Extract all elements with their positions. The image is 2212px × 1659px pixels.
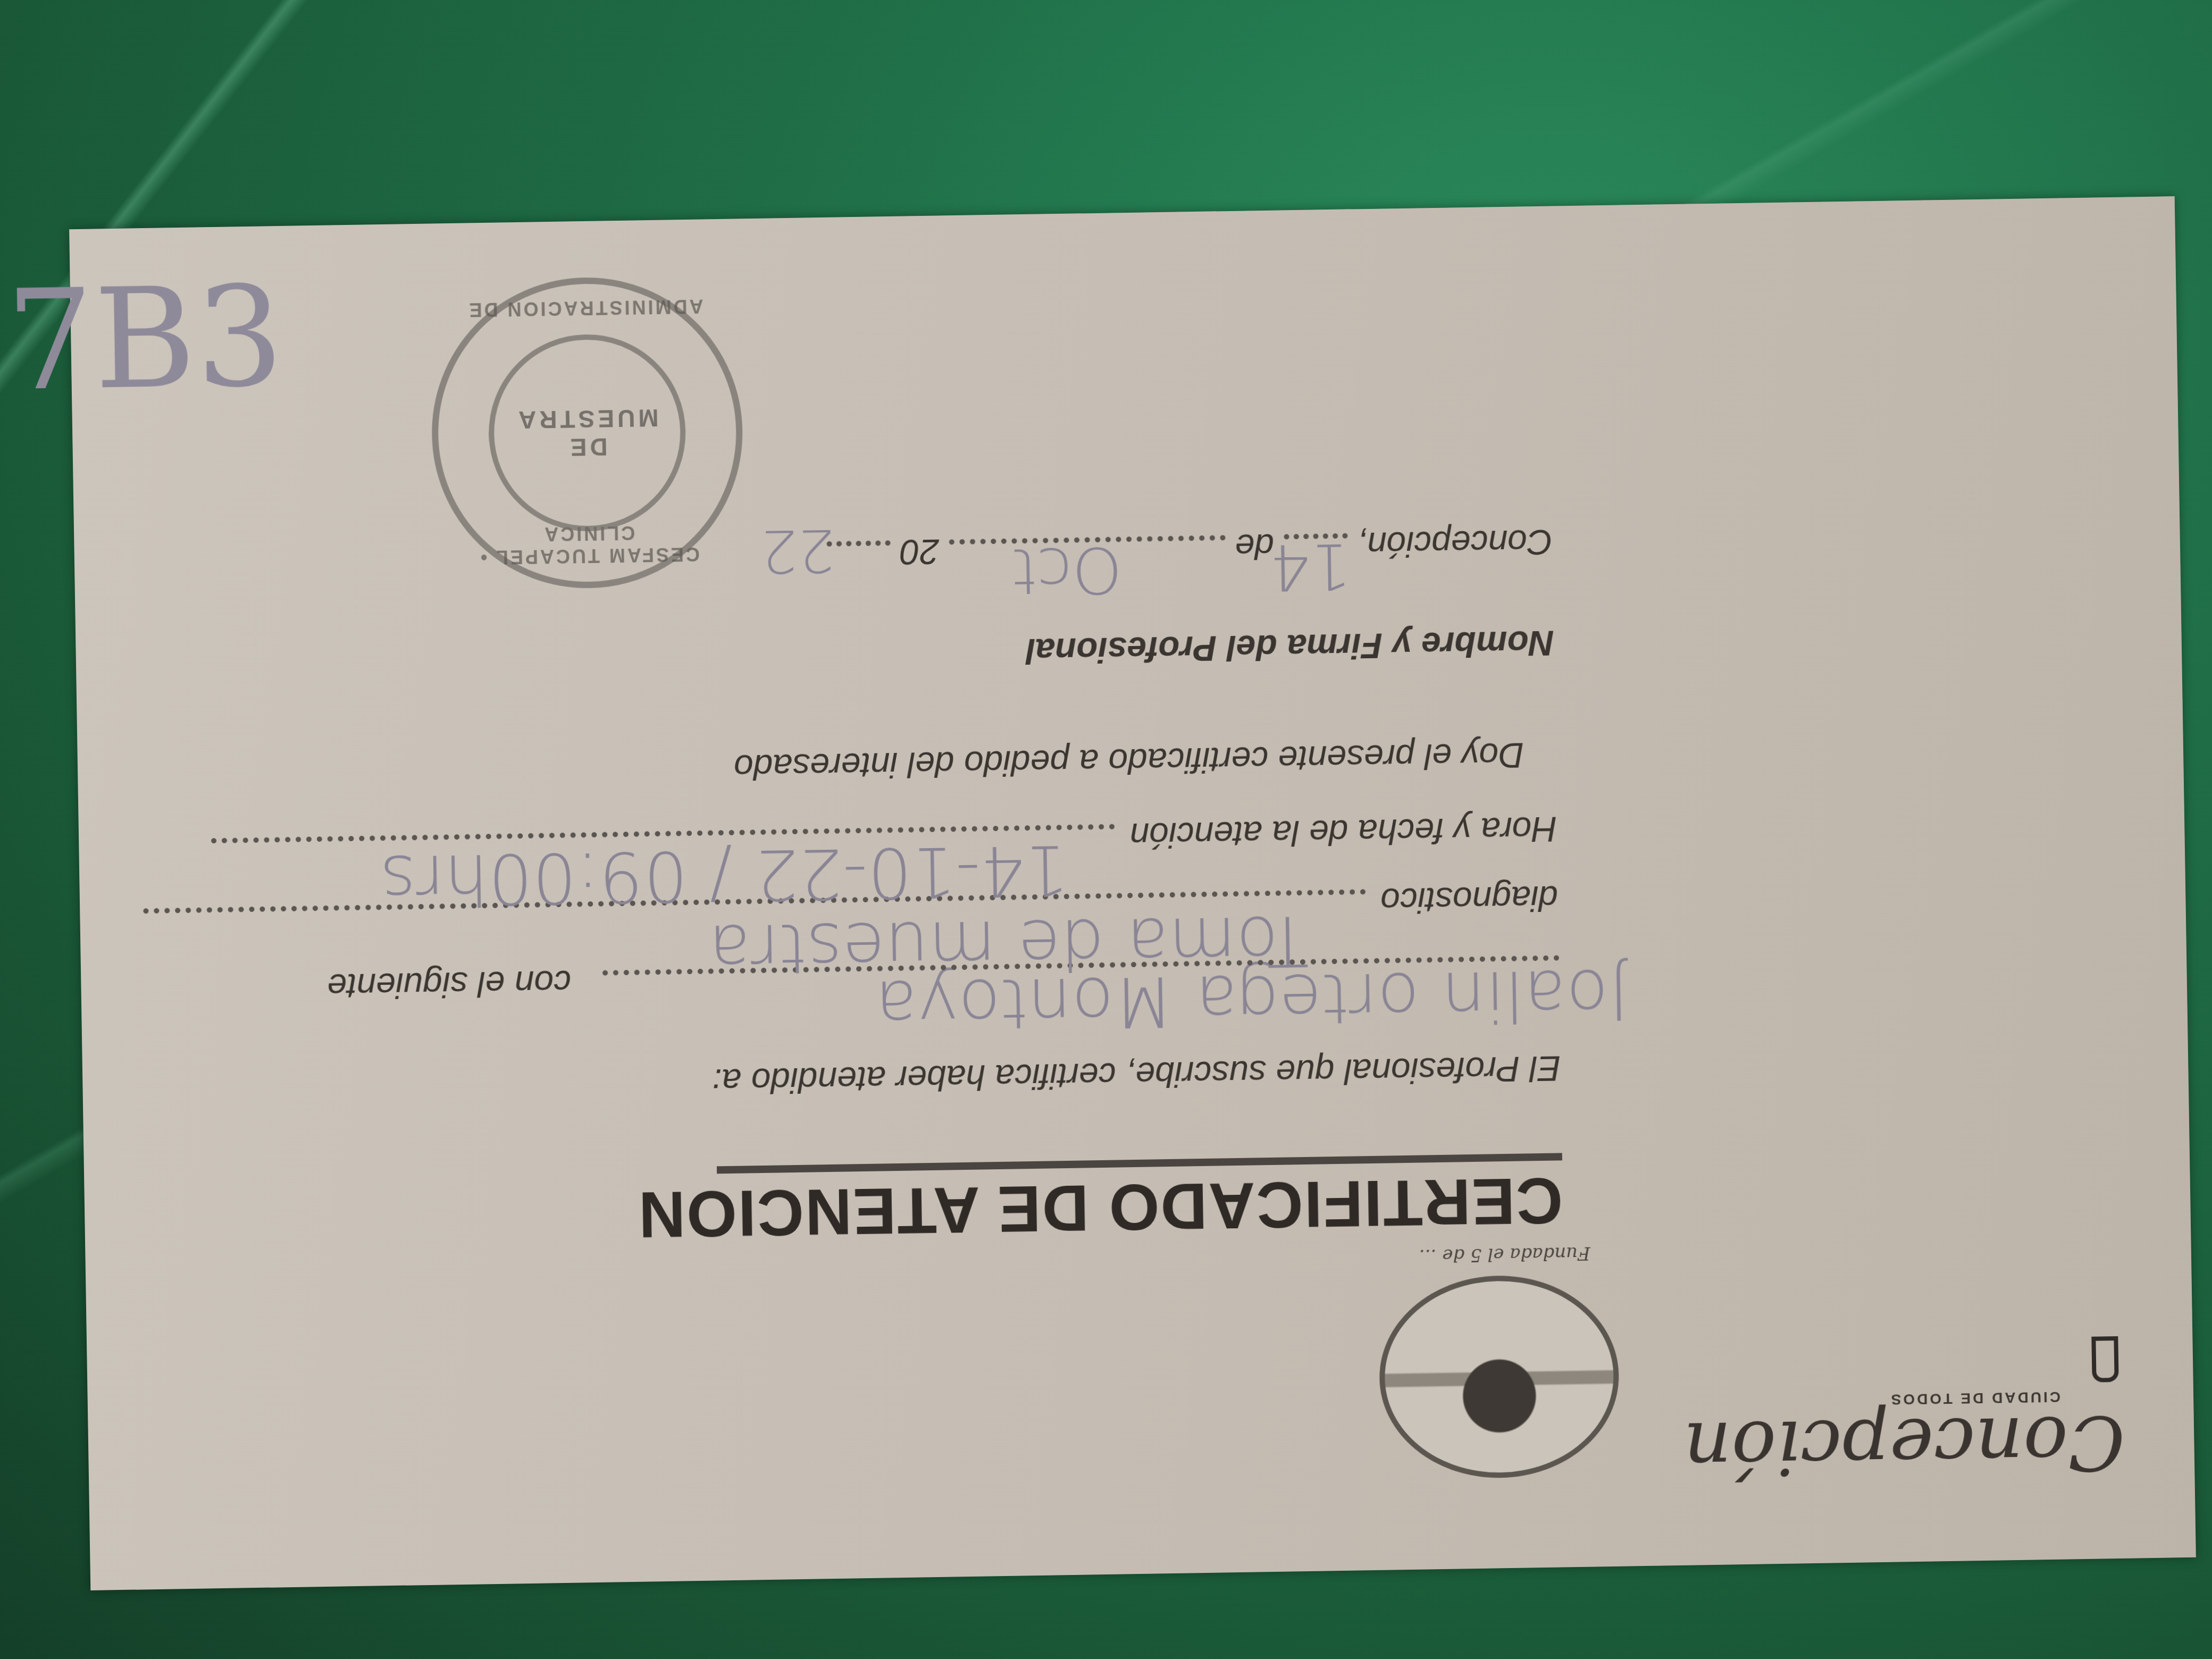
place-label: Concepción, bbox=[1357, 523, 1553, 565]
signature-label: Nombre y Firma del Profesional bbox=[1025, 623, 1554, 672]
intro-text: El Profesional que suscribe, certifica h… bbox=[712, 1048, 1561, 1102]
month-handwritten: Oct bbox=[1011, 532, 1123, 608]
official-stamp: CESFAM TUCAPEL • CLINICA DE MUESTRA ADMI… bbox=[430, 275, 745, 590]
certificate-content: Concepción CIUDAD DE TODOS Fundada el 5 … bbox=[69, 196, 2196, 1590]
year-prefix: 20 bbox=[900, 532, 940, 572]
header-logos: Concepción CIUDAD DE TODOS Fundada el 5 … bbox=[1378, 1266, 2125, 1490]
stamp-center-line2: MUESTRA bbox=[515, 404, 659, 434]
handwritten-corner-mark: 7B3 bbox=[5, 257, 285, 422]
municipal-emblem-icon: Fundada el 5 de ... bbox=[1378, 1274, 1620, 1480]
tower-icon bbox=[2091, 1336, 2118, 1382]
year-handwritten: 22 bbox=[760, 516, 835, 585]
logo-tagline: CIUDAD DE TODOS bbox=[1889, 1388, 2060, 1408]
closing-text: Doy el presente certificado a pedido del… bbox=[734, 735, 1524, 787]
certificate-title: CERTIFICADO DE ATENCION bbox=[637, 1163, 1563, 1252]
certificate-paper: Concepción CIUDAD DE TODOS Fundada el 5 … bbox=[69, 196, 2196, 1590]
year-dotted-line bbox=[826, 540, 890, 547]
diagnosis-label: diagnostico bbox=[1380, 878, 1559, 920]
de-label: de bbox=[1235, 527, 1275, 567]
day-handwritten: 14 bbox=[1269, 529, 1352, 604]
stamp-ring-bottom: ADMINISTRACION DE bbox=[436, 295, 734, 322]
concepcion-logo: Concepción CIUDAD DE TODOS bbox=[1682, 1336, 2125, 1486]
logo-wordmark: Concepción bbox=[1683, 1404, 2125, 1486]
stamp-center: DE MUESTRA bbox=[487, 333, 687, 533]
datetime-handwritten: 14-10-22 / 09:00hrs bbox=[380, 829, 1069, 921]
with-following-label: con el siguiente bbox=[327, 963, 572, 1007]
stamp-center-line1: DE bbox=[567, 432, 608, 461]
datetime-label: Hora y fecha de la atención bbox=[1129, 809, 1557, 856]
place-date-line: Concepción, de 20 bbox=[826, 522, 1553, 574]
emblem-caption: Fundada el 5 de ... bbox=[1419, 1243, 1590, 1267]
